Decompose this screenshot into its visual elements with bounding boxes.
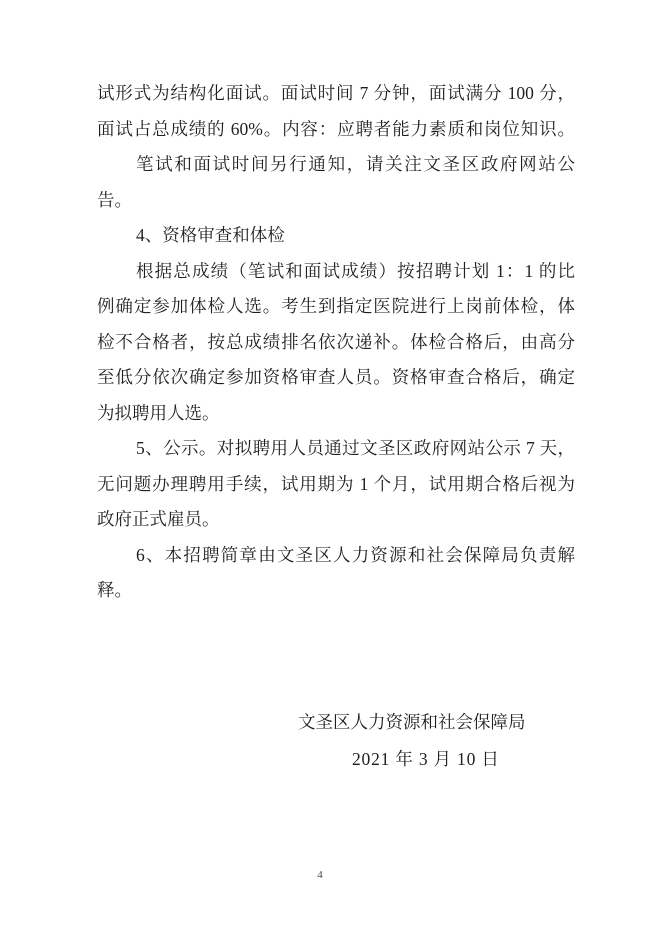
document-page: 试形式为结构化面试。面试时间 7 分钟，面试满分 100 分，面试占总成绩的 6… (0, 0, 666, 941)
page-number: 4 (308, 869, 332, 881)
body-line: 检不合格者，按总成绩排名依次递补。体检合格后，由高分 (97, 325, 575, 361)
body-line: 5、公示。对拟聘用人员通过文圣区政府网站公示 7 天， (97, 431, 575, 467)
body-line: 4、资格审查和体检 (97, 218, 575, 254)
body-line: 至低分依次确定参加资格审查人员。资格审查合格后，确定 (97, 360, 575, 396)
document-body: 试形式为结构化面试。面试时间 7 分钟，面试满分 100 分，面试占总成绩的 6… (97, 76, 575, 609)
body-line: 政府正式雇员。 (97, 502, 575, 538)
signature-date: 2021 年 3 月 10 日 (352, 742, 500, 777)
body-line: 试形式为结构化面试。面试时间 7 分钟，面试满分 100 分， (97, 76, 575, 112)
body-line: 笔试和面试时间另行通知，请关注文圣区政府网站公 (97, 147, 575, 183)
body-line: 根据总成绩（笔试和面试成绩）按招聘计划 1：1 的比 (97, 254, 575, 290)
body-line: 例确定参加体检人选。考生到指定医院进行上岗前体检，体 (97, 289, 575, 325)
body-line: 释。 (97, 573, 575, 609)
body-line: 无问题办理聘用手续，试用期为 1 个月，试用期合格后视为 (97, 467, 575, 503)
body-line: 告。 (97, 183, 575, 219)
body-line: 6、本招聘简章由文圣区人力资源和社会保障局负责解 (97, 538, 575, 574)
body-line: 面试占总成绩的 60%。内容：应聘者能力素质和岗位知识。 (97, 112, 575, 148)
signature-organization: 文圣区人力资源和社会保障局 (298, 705, 524, 740)
body-line: 为拟聘用人选。 (97, 396, 575, 432)
